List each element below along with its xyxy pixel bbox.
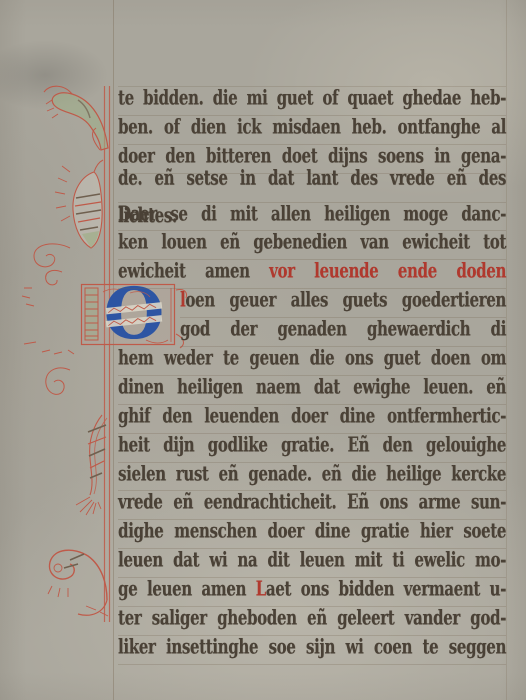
body-text: te bidden. die mi guet of quaet ghedae h… (118, 86, 506, 110)
body-text: Daer se di mit allen heiligen moge danc- (118, 201, 506, 225)
spiral-curls (22, 244, 74, 395)
rubric-text: L (256, 577, 266, 601)
body-text: ken louen eñ gebenedien van ewicheit tot (118, 230, 506, 254)
body-text: sielen rust eñ genade. eñ die heilige ke… (118, 461, 506, 485)
text-line: liker insettinghe soe sijn wi coen te se… (118, 636, 506, 665)
text-block: te bidden. die mi guet of quaet ghedae h… (118, 86, 506, 665)
body-text: ter saliger gheboden eñ geleert vander g… (118, 606, 506, 630)
body-text: oen geuer alles guets goedertieren (185, 288, 506, 312)
top-leaf-flourish (44, 86, 108, 150)
right-ruling-line (506, 0, 507, 700)
body-text: dinen heiligen naem dat ewighe leuen. eñ (118, 374, 506, 398)
body-text: liker insettinghe soe sijn wi coen te se… (118, 634, 506, 658)
body-text: hem weder te geuen die ons guet doen om (118, 346, 506, 370)
striped-bud-flourish (55, 160, 103, 248)
feather-flourish (76, 415, 107, 515)
body-text: vrede eñ eendrachticheit. Eñ ons arme su… (118, 490, 506, 514)
body-text: heit dijn godlike gratie. Eñ den gelouig… (118, 432, 506, 456)
body-text: ge leuen amen (118, 577, 256, 601)
left-margin-bar (105, 86, 110, 622)
body-text: aet ons bidden vermaent u- (266, 577, 506, 601)
text-line-content: liker insettinghe soe sijn wi coen te se… (118, 629, 506, 666)
body-text: god der genaden ghewaerdich di (180, 317, 506, 341)
body-text: ewicheit amen (118, 259, 269, 283)
manuscript-page: O (0, 0, 526, 700)
body-text: ghif den leuenden doer dine ontfermherti… (118, 403, 506, 427)
rubric-text: vor leuende ende doden (269, 259, 506, 283)
left-ruling-line (113, 0, 114, 700)
bottom-leaf-flourish (48, 550, 108, 616)
body-text: leuen dat wi na dit leuen mit ti ewelic … (118, 548, 506, 572)
body-text: dighe menschen doer dine gratie hier soe… (118, 519, 506, 543)
body-text: ben. of dien ick misdaen heb. ontfanghe … (118, 114, 506, 138)
